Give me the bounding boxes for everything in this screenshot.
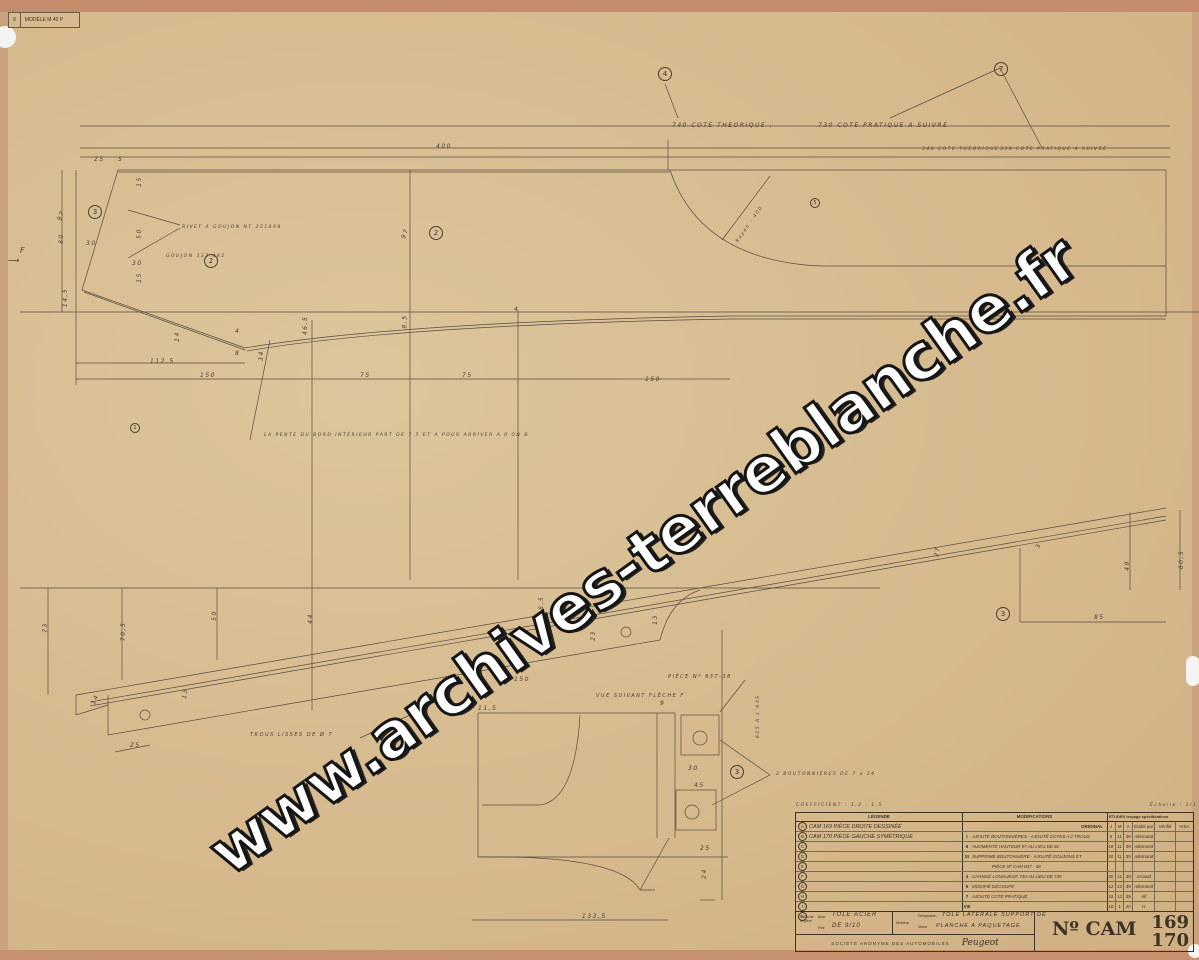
detail-view-title: VUE SUIVANT FLÈCHE F [596,693,685,699]
dim-50-lower: 50 [211,610,218,621]
dim-75a: 75 [360,372,371,379]
studies-col-headers: J M A Établi par Vérifié par VISA [1107,822,1193,832]
mod-row: IIISUPPRIMÉ BOUTONNIÈRE - AJOUTÉ GOUJONS… [962,852,1107,862]
cell [1176,872,1193,881]
arrow-f-icon: ⟶ [8,256,21,265]
dim-44: 44 [307,613,314,624]
col-verifie: Vérifié par [1155,822,1175,831]
legend-text: CAM 169 PIÈCE DROITE DESSINÉE [809,824,902,830]
weight-label: Poids de la pièce [800,915,814,923]
legend-key-icon: I [798,902,807,911]
cell: Arnaud [1133,872,1155,881]
dim-4: 4 [235,328,240,335]
cell [1155,842,1175,851]
legend-key-icon: E [798,862,807,871]
cell [1176,832,1193,841]
dim-60-5: 60,5 [1178,550,1185,569]
mod-text: AJOUTÉ COTE PRATIQUE [972,894,1027,899]
cell [1116,862,1125,871]
cell: 11 [1116,842,1125,851]
dim-400: 400 [436,143,452,150]
study-row: 91139Allemand [1107,832,1193,842]
dim-30-left: 30 [86,240,97,247]
note-boutonnieres: 2 BOUTONNIÈRES DE 7 x 14 [776,772,876,777]
secondary-theoretical-length: 340 COTE THÉORIQUE . [922,147,1005,152]
dim-45: 45 [694,782,705,789]
dim-34: 34 [258,350,265,361]
scale-note: Échelle : 1/1 [1150,803,1197,808]
marker-circle-1: 1 [130,423,140,433]
note-piece-number: PIÈCE Nº 837-38 [668,674,732,680]
mod-row: PIÈCE Nº CAM 837 - 38 [962,862,1107,872]
dim-8: 8 [235,350,240,357]
legend-row: C [796,842,962,852]
dim-49: 49 [1124,560,1131,571]
legend-text: CAM 170 PIÈCE GAUCHE SYMÉTRIQUE [809,834,913,840]
mod-row: IAJOUTÉ BOUTONNIÈRES - AJOUTÉ COTES A 2 … [962,832,1107,842]
mod-text: SUPPRIMÉ BOUTONNIÈRE - AJOUTÉ GOUJONS ET [972,854,1082,859]
legend-key-icon: B [798,832,807,841]
cell: 39 [1124,882,1133,891]
cell: 11 [1116,872,1125,881]
cell: 39 [1124,842,1133,851]
notes-label: Notes [918,925,927,929]
practical-length: 730 COTE PRATIQUE A SUIVRE [818,122,948,129]
cell: Allemand [1133,832,1155,841]
cell: All [1133,892,1155,901]
dim-30: 30 [132,260,143,267]
theoretical-length: 740 COTE THEORIQUE . [672,122,773,129]
mod-text: PIÈCE Nº CAM 837 - 38 [992,864,1041,869]
brut-label: Brut [818,914,825,919]
dim-70-5: 70,5 [120,622,127,641]
dim-14: 14 [174,331,181,342]
studies-header: ÉTUDES traçage spécifications [1107,813,1193,822]
mod-text: AJOUTÉ BOUTONNIÈRES - AJOUTÉ COTES A 2 T… [972,834,1090,839]
arrow-f-label: F [20,246,26,255]
legend-key-icon: F [798,872,807,881]
legend-row: G [796,882,962,892]
dim-80: 80 [58,233,65,244]
drawing-sheet: 9 MODÈLE M 40 P [0,0,1199,960]
marker-circle-3-lower: 3 [996,607,1010,621]
study-row: 181239All [1107,892,1193,902]
dim-9: 9 [660,700,665,707]
secondary-practical-length: 330 COTE PRATIQUE A SUIVRE [1000,147,1108,152]
cell: 39 [1124,892,1133,901]
dim-150: 150 [200,372,216,379]
dim-15-bottom: 15 [136,272,143,283]
dim-605-axis: 605 À L'AXE [756,694,761,738]
mod-number: 7 [962,894,972,899]
cell: 39 [1124,872,1133,881]
cell [1155,892,1175,901]
coefficient-note: COEFFICIENT : 1,2 . 1,5 [796,803,883,808]
cell: 39 [1124,852,1133,861]
legend-column: LÉGENDE ACAM 169 PIÈCE DROITE DESSINÉE B… [796,813,963,911]
cell: Allemand [1133,852,1155,861]
modifications-header: MODIFICATIONS [962,813,1107,822]
legend-row: E [796,862,962,872]
col-a: A [1124,822,1133,831]
dim-150b: 150 [645,376,661,383]
cell: 12 [1116,892,1125,901]
cell [1124,862,1133,871]
dim-133-5: 133,5 [582,913,607,920]
dim-15-top: 15 [136,176,143,187]
cell [1176,892,1193,901]
cell [1155,882,1175,891]
mod-number: 5 [962,884,972,889]
dim-24: 24 [701,868,708,879]
dim-75b: 75 [462,372,473,379]
dim-46-5: 46,5 [302,316,309,335]
marker-circle-3-detail: 3 [730,765,744,779]
legend-row: BCAM 170 PIÈCE GAUCHE SYMÉTRIQUE [796,832,962,842]
note-rivet-b: GOUJON 332.482 [166,254,226,259]
legend-key-icon: C [798,842,807,851]
dim-23: 23 [590,630,597,641]
dim-73: 73 [42,622,49,633]
marker-circle-7: 7 [994,62,1008,76]
cell [1155,872,1175,881]
dim-28-5: 28,5 [538,596,545,615]
fini-value: DE 9/10 [832,923,861,929]
col-m: M [1116,822,1125,831]
cell: 20 [1107,852,1116,861]
cell: 1 [1116,902,1125,911]
marker-circle-2: 2 [429,226,443,240]
mod-row-original: ORIGINAL [962,822,1107,832]
cell: 30 [1107,872,1116,881]
study-row: 121239Allemand [1107,882,1193,892]
material-section: Poids de la pièce Brut TOLE ACIER Fini D… [796,912,1035,935]
studies-column: ÉTUDES traçage spécifications J M A Étab… [1107,813,1193,911]
fini-label: Fini [818,925,824,930]
mod-text: MODIFIÉ DÉCOUPE [972,884,1014,889]
designation-label: Désignation [918,914,936,918]
cell [1176,852,1193,861]
mod-number: I [962,834,972,839]
study-row: 181139Allemand [1107,842,1193,852]
note-trous: TROUS LISSES DE Ø 7 [250,732,333,738]
designation-value: TOLE LATÉRALE SUPPORT DE [942,912,1047,918]
cell: 11 [1116,832,1125,841]
dim-25-detail: 25 [700,845,711,852]
cell: Allemand [1133,882,1155,891]
cell: Allemand [1133,842,1155,851]
dim-30-detail: 30 [688,765,699,772]
cell [1176,882,1193,891]
dim-150-lower: 150 [514,676,530,683]
cell: 40 [1124,902,1133,911]
cell: 39 [1124,832,1133,841]
brand-logo: Peugeot [962,938,999,948]
mod-number: II [962,844,972,849]
company-section: SOCIÉTÉ ANONYME DES AUTOMOBILES Peugeot [796,934,1035,952]
mod-row: 5MODIFIÉ DÉCOUPE [962,882,1107,892]
legend-row: ACAM 169 PIÈCE DROITE DESSINÉE [796,822,962,832]
marker-circle-5: 5 [810,198,820,208]
dim-25-lower: 25 [130,742,141,749]
cell: 18 [1107,902,1116,911]
dim-4b: 4 [514,306,519,313]
legend-row: F [796,872,962,882]
mod-text: CHANGÉ LONGUEUR 740 AU LIEU DE 745 [972,874,1062,879]
ncam-label: Nº CAM [1052,918,1136,940]
cell: 12 [1107,882,1116,891]
mod-text: ORIGINAL [1081,824,1103,829]
note-rivet-a: RIVET A GOUJON NT 351898 [182,225,282,230]
cell: 18 [1107,842,1116,851]
cell [1155,862,1175,871]
dim-11-5: 11,5 [478,705,497,712]
legend-row: H [796,892,962,902]
mod-row: 7AJOUTÉ COTE PRATIQUE [962,892,1107,902]
legend-header: LÉGENDE [796,813,962,822]
note-slope: LA PENTE DU BORD INTÉRIEUR PART DE 7.5 E… [264,433,529,438]
legend-key-icon: H [798,892,807,901]
marker-circle-3: 3 [88,205,102,219]
mod-number: 4 [962,874,972,879]
col-etabli: Établi par [1133,822,1155,831]
legend-key-icon: G [798,882,807,891]
dim-8-5: 8,5 [402,314,409,328]
mod-number: VIII [962,904,972,909]
dim-50: 50 [136,228,143,239]
col-j: J [1107,822,1116,831]
dim-14-5: 14,5 [62,288,69,307]
dim-5: 5 [118,156,123,163]
dim-25: 25 [94,156,105,163]
title-block-bottom: Poids de la pièce Brut TOLE ACIER Fini D… [796,911,1193,952]
study-row [1107,862,1193,872]
cell [1155,832,1175,841]
part-number-section: Nº CAM 169 170 [1034,912,1193,952]
col-visa: VISA [1176,822,1193,831]
mod-number: III [962,854,972,859]
cell [1176,862,1193,871]
cell [1176,902,1193,911]
legend-row: D [796,852,962,862]
cell: H [1133,902,1155,911]
matiere-label: Matière [896,920,909,925]
divider [892,912,893,934]
mod-row: IIAUGMENTÉ HAUTEUR 97 AU LIEU DE 82 [962,842,1107,852]
company-name: SOCIÉTÉ ANONYME DES AUTOMOBILES [831,941,949,946]
title-block: LÉGENDE ACAM 169 PIÈCE DROITE DESSINÉE B… [795,812,1194,952]
study-row: 301139Arnaud [1107,872,1193,882]
dim-21: 3 [1035,542,1043,548]
legend-key-icon: D [798,852,807,861]
dim-13: 13 [652,614,659,625]
cell [1155,902,1175,911]
ncam-number-2: 170 [1151,930,1189,951]
cell: 18 [1107,892,1116,901]
cell [1133,862,1155,871]
designation-value-2: PLANCHE A PAQUETAGE [936,923,1021,929]
dim-85: 85 [1094,614,1105,621]
mod-row: 4CHANGÉ LONGUEUR 740 AU LIEU DE 745 [962,872,1107,882]
legend-key-icon: A [798,822,807,831]
cell: 11 [1116,852,1125,861]
cell [1176,842,1193,851]
dim-112-5: 112,5 [150,358,175,365]
cell: 12 [1116,882,1125,891]
mod-row: VIII [962,902,1107,911]
cell [1107,862,1116,871]
study-row: 201139Allemand [1107,852,1193,862]
marker-circle-4: 4 [658,67,672,81]
cell [1155,852,1175,861]
modifications-column: MODIFICATIONS ORIGINAL IAJOUTÉ BOUTONNIÈ… [962,813,1108,911]
brut-value: TOLE ACIER [832,912,877,918]
cell: 9 [1107,832,1116,841]
mod-text: AUGMENTÉ HAUTEUR 97 AU LIEU DE 82 [972,844,1059,849]
